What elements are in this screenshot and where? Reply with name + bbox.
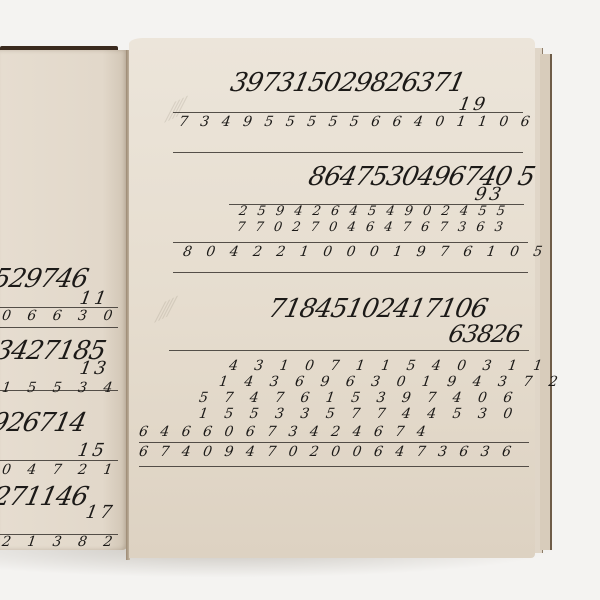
work-rule bbox=[173, 272, 528, 273]
left-work-3: 0 4 7 2 1 0 bbox=[1, 462, 145, 478]
bleed-through-ink: ⁄⁄⁄⁄ bbox=[156, 296, 176, 325]
problem-3-work-2: 1 4 3 6 9 6 3 0 1 9 4 3 7 2 bbox=[218, 374, 565, 390]
work-rule bbox=[139, 466, 529, 467]
work-rule bbox=[169, 350, 529, 351]
photo-scene: 529746 11 0 6 6 3 0 6 3427185 13 1 5 5 3… bbox=[0, 0, 600, 600]
page-stack-edge bbox=[540, 54, 552, 550]
left-divisor-4: 17 bbox=[84, 502, 117, 523]
left-divisor-1: 11 bbox=[78, 288, 111, 309]
left-dividend-1: 529746 bbox=[0, 264, 90, 294]
problem-1-work: 7 3 4 9 5 5 5 5 5 6 6 4 0 1 1 0 6 bbox=[178, 114, 535, 130]
problem-3-work-5: 6 4 6 6 0 6 7 3 4 2 4 6 7 4 bbox=[138, 424, 431, 440]
problem-2-divisor: 93 bbox=[473, 184, 506, 205]
left-divisor-3: 15 bbox=[76, 440, 109, 461]
problem-3-work-3: 5 7 4 7 6 1 5 3 9 7 4 0 6 bbox=[198, 390, 519, 406]
work-rule bbox=[173, 152, 523, 153]
left-dividend-3: 926714 bbox=[0, 408, 88, 438]
left-rule bbox=[0, 327, 118, 328]
problem-2-work-3: 8 0 4 2 2 1 0 0 0 1 9 7 6 1 0 5 bbox=[182, 244, 549, 260]
left-page: 529746 11 0 6 6 3 0 6 3427185 13 1 5 5 3… bbox=[0, 50, 128, 550]
problem-2-work-2: 7 7 0 2 7 0 4 6 4 7 6 7 3 6 3 bbox=[236, 220, 507, 235]
right-page: ⁄⁄⁄⁄ ⁄⁄⁄⁄ 397315029826371 19 7 3 4 9 5 5… bbox=[129, 38, 535, 558]
left-work-1: 0 6 6 3 0 6 bbox=[1, 308, 145, 324]
problem-1-dividend: 397315029826371 bbox=[228, 68, 468, 98]
left-divisor-2: 13 bbox=[78, 358, 111, 379]
problem-3-work-4: 1 5 5 3 3 5 7 7 4 4 5 3 0 bbox=[198, 406, 519, 422]
problem-2-work-1: 2 5 9 4 2 6 4 5 4 9 0 2 4 5 5 bbox=[238, 204, 509, 219]
problem-3-divisor: 63826 bbox=[446, 320, 523, 348]
problem-3-work-1: 4 3 1 0 7 1 1 5 4 0 3 1 1 bbox=[228, 358, 549, 374]
left-dividend-4: 271146 bbox=[0, 482, 90, 512]
left-work-4: 2 1 3 8 2 bbox=[1, 534, 120, 550]
problem-3-work-6: 6 7 4 0 9 4 7 0 2 0 0 6 4 7 3 6 3 6 bbox=[138, 444, 516, 460]
